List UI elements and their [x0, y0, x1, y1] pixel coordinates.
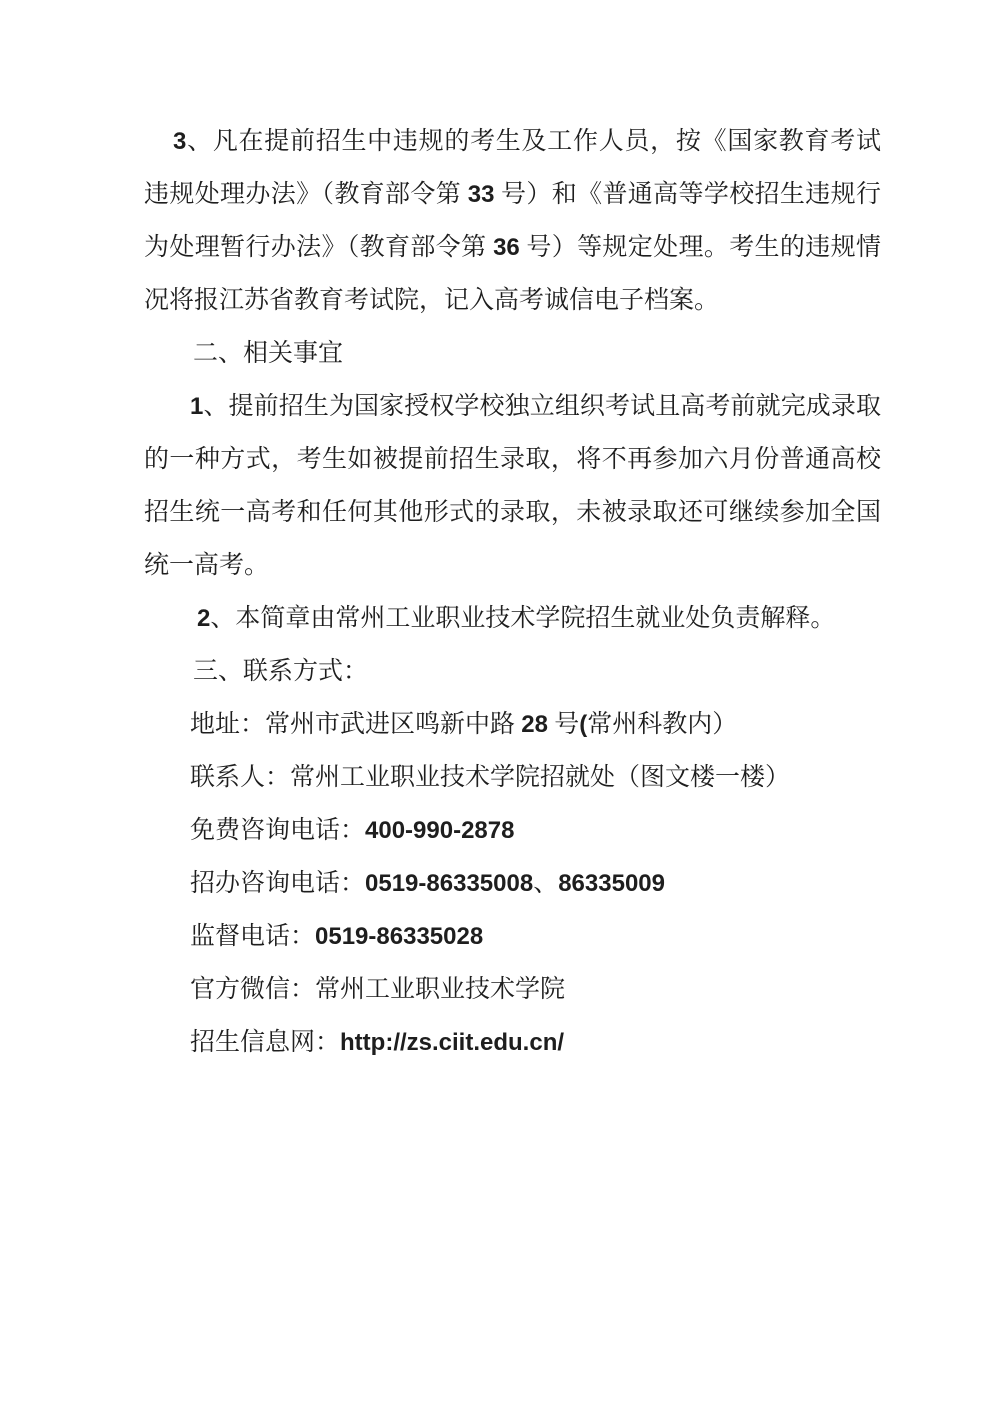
- cjk-text-run: 二、相关事宜: [193, 340, 343, 367]
- latin-text-run: 2: [197, 605, 210, 632]
- paragraph-contact-supervision-phone: 监督电话：0519-86335028: [144, 910, 881, 963]
- cjk-text-run: 监督电话：: [190, 923, 315, 950]
- paragraph-contact-wechat: 官方微信：常州工业职业技术学院: [144, 963, 881, 1016]
- paragraph-section-heading: 二、相关事宜: [144, 327, 881, 380]
- document-page: 3、凡在提前招生中违规的考生及工作人员，按《国家教育考试违规处理办法》（教育部令…: [0, 0, 995, 1413]
- paragraph-section-heading: 三、联系方式：: [144, 645, 881, 698]
- paragraph-body-numbered-item: 2、本简章由常州工业职业技术学院招生就业处负责解释。: [144, 592, 881, 645]
- latin-text-run: 3: [173, 128, 186, 155]
- cjk-text-run: 招办咨询电话：: [190, 870, 365, 897]
- cjk-text-run: 三、联系方式：: [193, 658, 368, 685]
- paragraph-contact-person: 联系人：常州工业职业技术学院招就处（图文楼一楼）: [144, 751, 881, 804]
- latin-text-run: 0519-86335008: [365, 870, 533, 897]
- cjk-text-run: 地址：常州市武进区鸣新中路: [190, 711, 521, 738]
- cjk-text-run: 常州科教内）: [587, 711, 737, 738]
- paragraph-contact-free-hotline: 免费咨询电话：400-990-2878: [144, 804, 881, 857]
- latin-text-run: 400-990-2878: [365, 817, 514, 844]
- cjk-text-run: 官方微信：常州工业职业技术学院: [190, 976, 565, 1003]
- paragraph-body-numbered-item: 3、凡在提前招生中违规的考生及工作人员，按《国家教育考试违规处理办法》（教育部令…: [144, 115, 881, 327]
- latin-text-run: 33: [468, 181, 495, 208]
- cjk-text-run: 联系人：常州工业职业技术学院招就处（图文楼一楼）: [190, 764, 790, 791]
- cjk-text-run: 、: [533, 870, 558, 897]
- cjk-text-run: 、提前招生为国家授权学校独立组织考试且高考前就完成录取的一种方式，考生如被提前招…: [144, 393, 881, 579]
- latin-text-run: 86335009: [558, 870, 665, 897]
- paragraph-contact-admissions-phone: 招办咨询电话：0519-86335008、86335009: [144, 857, 881, 910]
- document-body: 3、凡在提前招生中违规的考生及工作人员，按《国家教育考试违规处理办法》（教育部令…: [144, 115, 881, 1069]
- latin-text-run: 0519-86335028: [315, 923, 483, 950]
- paragraph-contact-website: 招生信息网：http://zs.ciit.edu.cn/: [144, 1016, 881, 1069]
- latin-text-run: 28: [521, 711, 548, 738]
- paragraph-contact-address: 地址：常州市武进区鸣新中路 28 号(常州科教内）: [144, 698, 881, 751]
- latin-text-run: 1: [190, 393, 203, 420]
- cjk-text-run: 招生信息网：: [190, 1029, 340, 1056]
- cjk-text-run: 号: [548, 711, 579, 738]
- cjk-text-run: 、本简章由常州工业职业技术学院招生就业处负责解释。: [210, 605, 835, 632]
- latin-text-run: http://zs.ciit.edu.cn/: [340, 1029, 564, 1056]
- latin-text-run: 36: [493, 234, 520, 261]
- cjk-text-run: 免费咨询电话：: [190, 817, 365, 844]
- paragraph-body-numbered-item: 1、提前招生为国家授权学校独立组织考试且高考前就完成录取的一种方式，考生如被提前…: [144, 380, 881, 592]
